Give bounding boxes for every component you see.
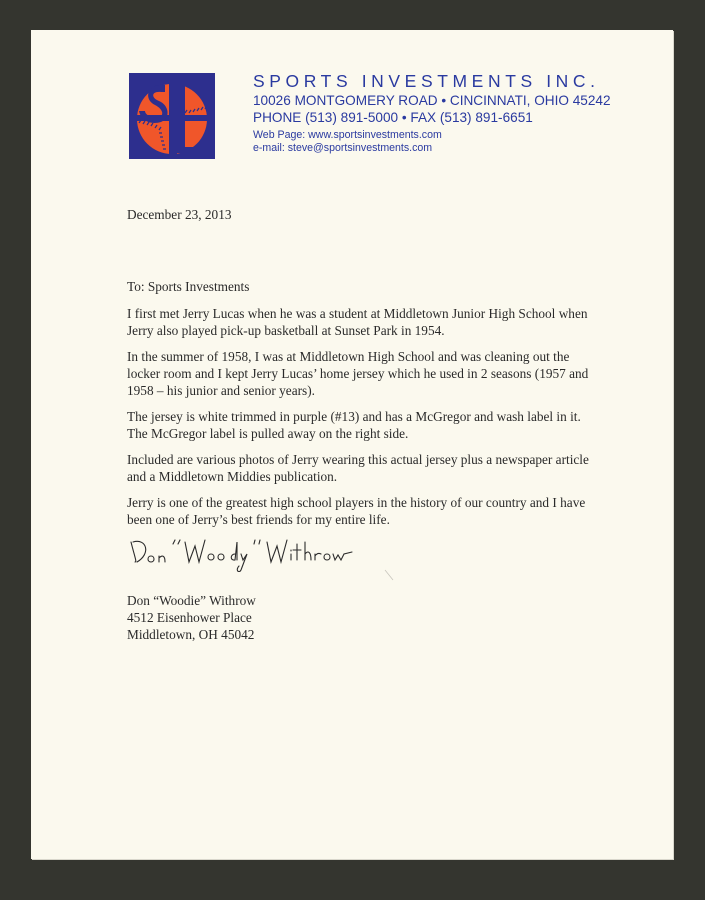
signer-name: Don “Woodie” Withrow [127, 592, 597, 609]
letter-paragraph: In the summer of 1958, I was at Middleto… [127, 348, 597, 399]
handwritten-signature [127, 532, 357, 572]
company-web-page: Web Page: www.sportsinvestments.com [253, 129, 611, 142]
sl-baseball-logo-icon [129, 73, 215, 159]
letter-paragraph: The jersey is white trimmed in purple (#… [127, 408, 597, 442]
letter-paragraph: Included are various photos of Jerry wea… [127, 451, 597, 485]
signer-street: 4512 Eisenhower Place [127, 609, 597, 626]
company-email: e-mail: steve@sportsinvestments.com [253, 142, 611, 155]
signer-city: Middletown, OH 45042 [127, 626, 597, 643]
letter-page: SPORTS INVESTMENTS INC. 10026 MONTGOMERY… [31, 30, 673, 859]
signer-block: Don “Woodie” Withrow 4512 Eisenhower Pla… [127, 592, 597, 643]
company-address: 10026 MONTGOMERY ROAD • CINCINNATI, OHIO… [253, 92, 611, 109]
letterhead: SPORTS INVESTMENTS INC. 10026 MONTGOMERY… [253, 70, 611, 155]
paper-scuff-mark [384, 569, 394, 581]
letter-recipient: To: Sports Investments [127, 278, 597, 295]
letter-paragraph: Jerry is one of the greatest high school… [127, 494, 597, 528]
letter-date: December 23, 2013 [127, 206, 597, 223]
company-name: SPORTS INVESTMENTS INC. [253, 70, 611, 92]
company-phone-fax: PHONE (513) 891-5000 • FAX (513) 891-665… [253, 109, 611, 126]
letter-paragraph: I first met Jerry Lucas when he was a st… [127, 305, 597, 339]
